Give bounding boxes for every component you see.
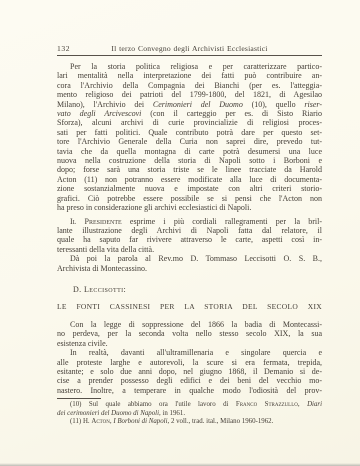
scanned-book-page: 132 Il terzo Convegno degli Archivisti E… <box>0 0 360 466</box>
text-line: nastero. Inoltre, a temperare in qualche… <box>57 386 322 395</box>
text-line: no perdeva, per la seconda volta nello s… <box>57 329 322 338</box>
text-line: Con la legge di soppressione del 1866 la… <box>57 320 322 329</box>
running-title: Il terzo Convegno degli Archivisti Eccle… <box>57 44 322 54</box>
text-line: lante illustrazione degli Archivi di Nap… <box>57 226 322 235</box>
page-header: 132 Il terzo Convegno degli Archivisti E… <box>57 44 322 54</box>
text-line: sati per fatti politici. Quale contribut… <box>57 128 322 137</box>
footnote-10: (10) Sul quale abbiamo ora l'utile lavor… <box>57 401 322 418</box>
text-line: Dà poi la parola al Rev.mo D. Tommaso Le… <box>57 254 322 263</box>
text-line: teressanti della vita della città. <box>57 245 322 254</box>
text-line: zione sostanzialmente nuova e impostate … <box>57 184 322 193</box>
speaker-heading: D. Leccisotti: <box>57 285 322 294</box>
text-line: dopo; forse sarà una storia triste se le… <box>57 165 322 174</box>
text-line: alle proteste larghe e autorevoli, la sc… <box>57 358 322 367</box>
text-line: dei cerimonieri del Duomo di Napoli, in … <box>57 410 322 418</box>
text-line: esitante; e solo due anni dopo, nel giug… <box>57 367 322 376</box>
text-line: In realtà, davanti all'ultramillenaria e… <box>57 348 322 357</box>
paragraph-da-poi-la-parola: Dà poi la parola al Rev.mo D. Tommaso Le… <box>57 254 322 273</box>
text-line: Il Presidente esprime i più cordiali ral… <box>57 217 322 226</box>
text-line: lari mentalità nella interpretazione dei… <box>57 71 322 80</box>
paragraph-presidente: Il Presidente esprime i più cordiali ral… <box>57 217 322 255</box>
text-line: tore l'Archivio Generale della Curia non… <box>57 137 322 146</box>
text-line: Archivista di Montecassino. <box>57 264 322 273</box>
text-line: grafici. Ciò potrebbe essere possibile s… <box>57 194 322 203</box>
page-content: 132 Il terzo Convegno degli Archivisti E… <box>57 44 322 426</box>
text-line: vato degli Arcivescovi (con il carteggio… <box>57 109 322 118</box>
text-line: tavia che da quella montagna di carte po… <box>57 147 322 156</box>
paragraph-in-realta: In realtà, davanti all'ultramillenaria e… <box>57 348 322 395</box>
text-line: (11) H. Acton, I Borboni di Napoli, 2 vo… <box>57 418 322 426</box>
text-line: Milano), l'Archivio dei Cerimonieri del … <box>57 100 322 109</box>
paragraph-politica-religiosa: Per la storia politica religiosa e per c… <box>57 62 322 213</box>
text-line: mento religioso dei patrioti del 1799-18… <box>57 90 322 99</box>
text-line: esistenza civile. <box>57 339 322 348</box>
text-line: cora l'Archivio della Compagnia dei Bian… <box>57 81 322 90</box>
text-line: nuova nella costruzione della storia di … <box>57 156 322 165</box>
text-line: cise a prender possesso degli edifici e … <box>57 376 322 385</box>
text-line: (10) Sul quale abbiamo ora l'utile lavor… <box>57 401 322 409</box>
text-line: Per la storia politica religiosa e per c… <box>57 62 322 71</box>
page-number: 132 <box>57 44 70 54</box>
footnote-separator <box>57 398 101 399</box>
header-rule <box>57 55 322 56</box>
text-line: Sforza), alcuni archivi di curie provinc… <box>57 118 322 127</box>
section-title: LE FONTI CASSINESI PER LA STORIA DEL SEC… <box>57 302 322 312</box>
text-line: ha preso in considerazione gli archivi e… <box>57 203 322 212</box>
footnote-11: (11) H. Acton, I Borboni di Napoli, 2 vo… <box>57 418 322 426</box>
paragraph-legge-soppressione: Con la legge di soppressione del 1866 la… <box>57 320 322 348</box>
text-line: quale ha saputo far rivivere attraverso … <box>57 235 322 244</box>
text-line: Acton (11) non potranno essere modificat… <box>57 175 322 184</box>
